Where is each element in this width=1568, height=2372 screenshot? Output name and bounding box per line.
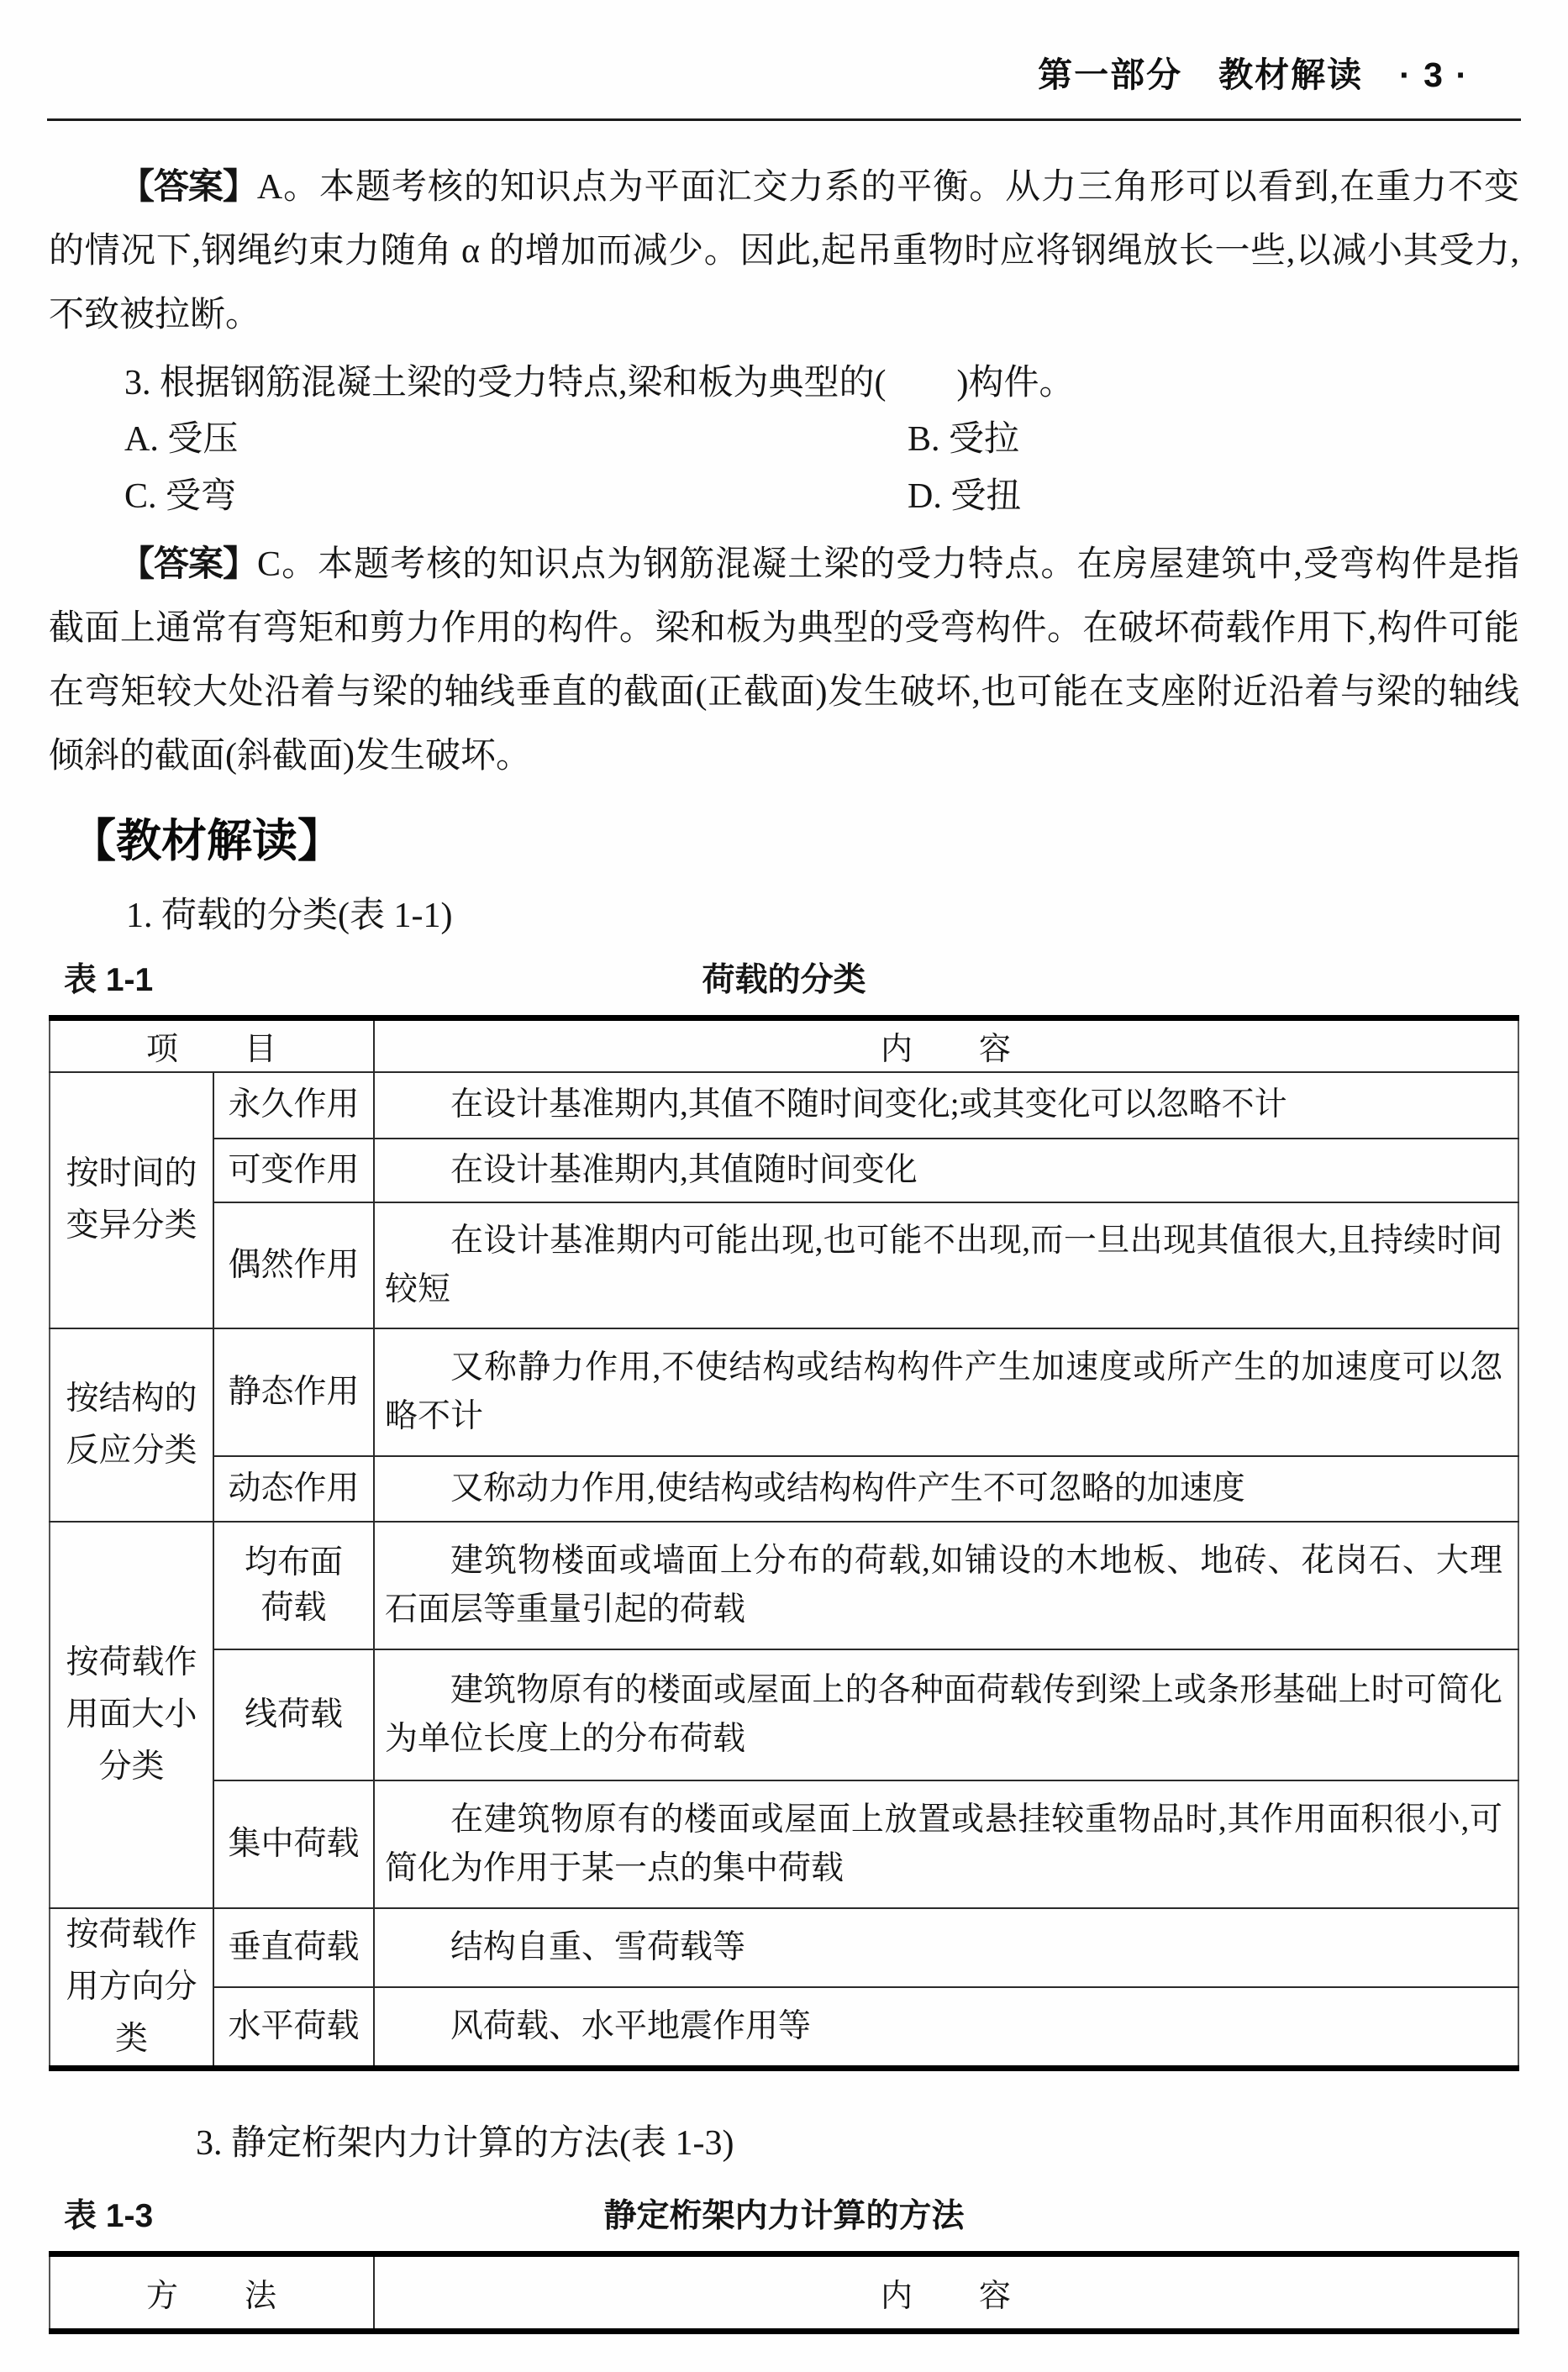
subitem-cell: 动态作用 bbox=[213, 1456, 374, 1522]
table-row: 水平荷载 风荷载、水平地震作用等 bbox=[50, 1987, 1518, 2068]
subitem-cell: 永久作用 bbox=[213, 1072, 374, 1139]
option-d: D. 受扭 bbox=[908, 468, 1021, 525]
subitem-cell: 线荷载 bbox=[213, 1649, 374, 1780]
option-a: A. 受压 bbox=[124, 411, 908, 468]
content-cell: 又称动力作用,使结构或结构构件产生不可忽略的加速度 bbox=[374, 1456, 1518, 1522]
table-row: 按结构的反应分类 静态作用 又称静力作用,不使结构或结构构件产生加速度或所产生的… bbox=[50, 1328, 1518, 1456]
answer-c-label: 【答案】 bbox=[119, 544, 257, 583]
content-cell: 在建筑物原有的楼面或屋面上放置或悬挂较重物品时,其作用面积很小,可简化为作用于某… bbox=[374, 1780, 1518, 1908]
subitem-cell: 均布面荷载 bbox=[213, 1522, 374, 1649]
table-row: 可变作用 在设计基准期内,其值随时间变化 bbox=[50, 1139, 1518, 1202]
content-cell: 建筑物楼面或墙面上分布的荷载,如铺设的木地板、地砖、花岗石、大理石面层等重量引起… bbox=[374, 1522, 1518, 1649]
content-cell: 在设计基准期内,其值不随时间变化;或其变化可以忽略不计 bbox=[374, 1072, 1518, 1139]
table-1-3-caption-row: 表 1-3 静定桁架内力计算的方法 bbox=[49, 2196, 1519, 2238]
content-cell: 结构自重、雪荷载等 bbox=[374, 1908, 1518, 1987]
option-c: C. 受弯 bbox=[124, 468, 908, 525]
section-heading: 【教材解读】 bbox=[71, 815, 1519, 867]
category-cell: 按结构的反应分类 bbox=[50, 1328, 213, 1522]
table-1-3-title: 静定桁架内力计算的方法 bbox=[49, 2196, 1519, 2238]
table-1-1-label: 表 1-1 bbox=[64, 960, 153, 1002]
options-row-1: A. 受压 B. 受拉 bbox=[49, 411, 1519, 468]
answer-c-body: C。本题考核的知识点为钢筋混凝土梁的受力特点。在房屋建筑中,受弯构件是指截面上通… bbox=[49, 545, 1519, 776]
table-row: 偶然作用 在设计基准期内可能出现,也可能不出现,而一旦出现其值很大,且持续时间较… bbox=[50, 1202, 1518, 1328]
content-cell: 在设计基准期内,其值随时间变化 bbox=[374, 1139, 1518, 1202]
options-row-2: C. 受弯 D. 受扭 bbox=[49, 468, 1519, 525]
subitem-cell: 水平荷载 bbox=[213, 1987, 374, 2068]
table-1-3-header-method: 方 法 bbox=[50, 2254, 374, 2331]
textbook-page: 第一部分 教材解读 · 3 · 【答案】A。本题考核的知识点为平面汇交力系的平衡… bbox=[0, 0, 1568, 2372]
table-row: 集中荷载 在建筑物原有的楼面或屋面上放置或悬挂较重物品时,其作用面积很小,可简化… bbox=[50, 1780, 1518, 1908]
subitem-cell: 偶然作用 bbox=[213, 1202, 374, 1328]
answer-paragraph-c: 【答案】C。本题考核的知识点为钢筋混凝土梁的受力特点。在房屋建筑中,受弯构件是指… bbox=[49, 532, 1519, 788]
subitem-cell: 静态作用 bbox=[213, 1328, 374, 1456]
subitem-cell: 集中荷载 bbox=[213, 1780, 374, 1908]
table-row: 项 目 内 容 bbox=[50, 1018, 1518, 1072]
table-1-1-header-item: 项 目 bbox=[50, 1018, 374, 1072]
running-head-text: 第一部分 教材解读 · 3 · bbox=[1038, 55, 1469, 94]
option-b: B. 受拉 bbox=[908, 411, 1019, 468]
subsection-1-title: 1. 荷载的分类(表 1-1) bbox=[126, 892, 1519, 939]
content-cell: 风荷载、水平地震作用等 bbox=[374, 1987, 1518, 2068]
table-row: 动态作用 又称动力作用,使结构或结构构件产生不可忽略的加速度 bbox=[50, 1456, 1518, 1522]
content-cell: 又称静力作用,不使结构或结构构件产生加速度或所产生的加速度可以忽略不计 bbox=[374, 1328, 1518, 1456]
category-cell: 按时间的变异分类 bbox=[50, 1072, 213, 1328]
load-classification-table: 项 目 内 容 按时间的变异分类 永久作用 在设计基准期内,其值不随时间变化;或… bbox=[49, 1015, 1519, 2071]
answer-a-label: 【答案】 bbox=[119, 166, 257, 206]
running-head: 第一部分 教材解读 · 3 · bbox=[0, 0, 1568, 97]
table-1-3-label: 表 1-3 bbox=[64, 2196, 153, 2238]
question-3-text: 3. 根据钢筋混凝土梁的受力特点,梁和板为典型的( )构件。 bbox=[49, 355, 1519, 411]
category-cell: 按荷载作用方向分类 bbox=[50, 1908, 213, 2069]
content-cell: 在设计基准期内可能出现,也可能不出现,而一旦出现其值很大,且持续时间较短 bbox=[374, 1202, 1518, 1328]
table-row: 按荷载作用方向分类 垂直荷载 结构自重、雪荷载等 bbox=[50, 1908, 1518, 1987]
subitem-cell: 可变作用 bbox=[213, 1139, 374, 1202]
table-1-3-header-content: 内 容 bbox=[374, 2254, 1518, 2331]
table-1-1-header-content: 内 容 bbox=[374, 1018, 1518, 1072]
truss-method-table: 方 法 内 容 bbox=[49, 2251, 1519, 2334]
subsection-3-title: 3. 静定桁架内力计算的方法(表 1-3) bbox=[196, 2120, 1519, 2167]
table-row: 按荷载作用面大小分类 均布面荷载 建筑物楼面或墙面上分布的荷载,如铺设的木地板、… bbox=[50, 1522, 1518, 1649]
table-row: 方 法 内 容 bbox=[50, 2254, 1518, 2331]
answer-paragraph-a: 【答案】A。本题考核的知识点为平面汇交力系的平衡。从力三角形可以看到,在重力不变… bbox=[49, 155, 1519, 347]
content-cell: 建筑物原有的楼面或屋面上的各种面荷载传到梁上或条形基础上时可简化为单位长度上的分… bbox=[374, 1649, 1518, 1780]
answer-a-body: A。本题考核的知识点为平面汇交力系的平衡。从力三角形可以看到,在重力不变的情况下… bbox=[49, 168, 1519, 334]
table-row: 线荷载 建筑物原有的楼面或屋面上的各种面荷载传到梁上或条形基础上时可简化为单位长… bbox=[50, 1649, 1518, 1780]
table-1-1-caption-row: 表 1-1 荷载的分类 bbox=[49, 960, 1519, 1002]
table-row: 按时间的变异分类 永久作用 在设计基准期内,其值不随时间变化;或其变化可以忽略不… bbox=[50, 1072, 1518, 1139]
table-1-1-title: 荷载的分类 bbox=[49, 960, 1519, 1002]
header-rule bbox=[47, 118, 1521, 121]
subitem-cell: 垂直荷载 bbox=[213, 1908, 374, 1987]
category-cell: 按荷载作用面大小分类 bbox=[50, 1522, 213, 1908]
